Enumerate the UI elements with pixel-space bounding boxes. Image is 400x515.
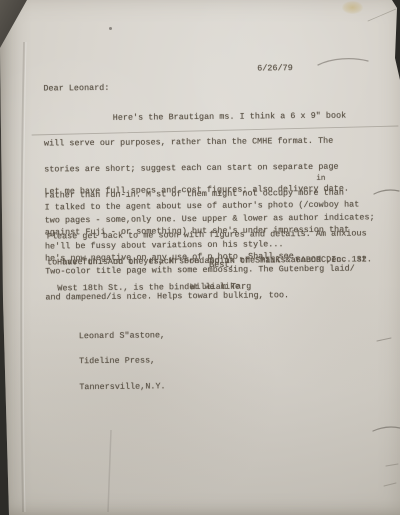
typed-text-layer: 6/26/79 Dear Leonard: Here's the Brautig… — [0, 0, 400, 515]
typed-insertion: in — [316, 174, 325, 183]
letter-date: 6/26/79 — [257, 64, 293, 73]
salutation: Dear Leonard: — [43, 84, 109, 93]
letter-photo: 6/26/79 Dear Leonard: Here's the Brautig… — [0, 0, 400, 515]
paragraph-5: Have fun. And oh yes, Mr Fred Spink of S… — [57, 238, 367, 309]
closing: Best, — [209, 261, 234, 270]
recipient-city: Tannersville,N.Y. — [79, 382, 165, 391]
recipient-press: Tideline Press, — [79, 357, 165, 366]
signature-typed: William Targ — [190, 283, 251, 292]
recipient-name: Leonard S"astone, — [79, 331, 165, 340]
letter-line: will serve our purposes, rather than the… — [44, 137, 374, 149]
recipient-block: Leonard S"astone, Tideline Press, Tanner… — [79, 314, 166, 409]
letter-line: Here's the Brautigan ms. I think a 6 x 9… — [113, 111, 374, 122]
letter-line: I talked to the agent about use of autho… — [45, 200, 360, 212]
paper-sheet: 6/26/79 Dear Leonard: Here's the Brautig… — [0, 0, 400, 515]
